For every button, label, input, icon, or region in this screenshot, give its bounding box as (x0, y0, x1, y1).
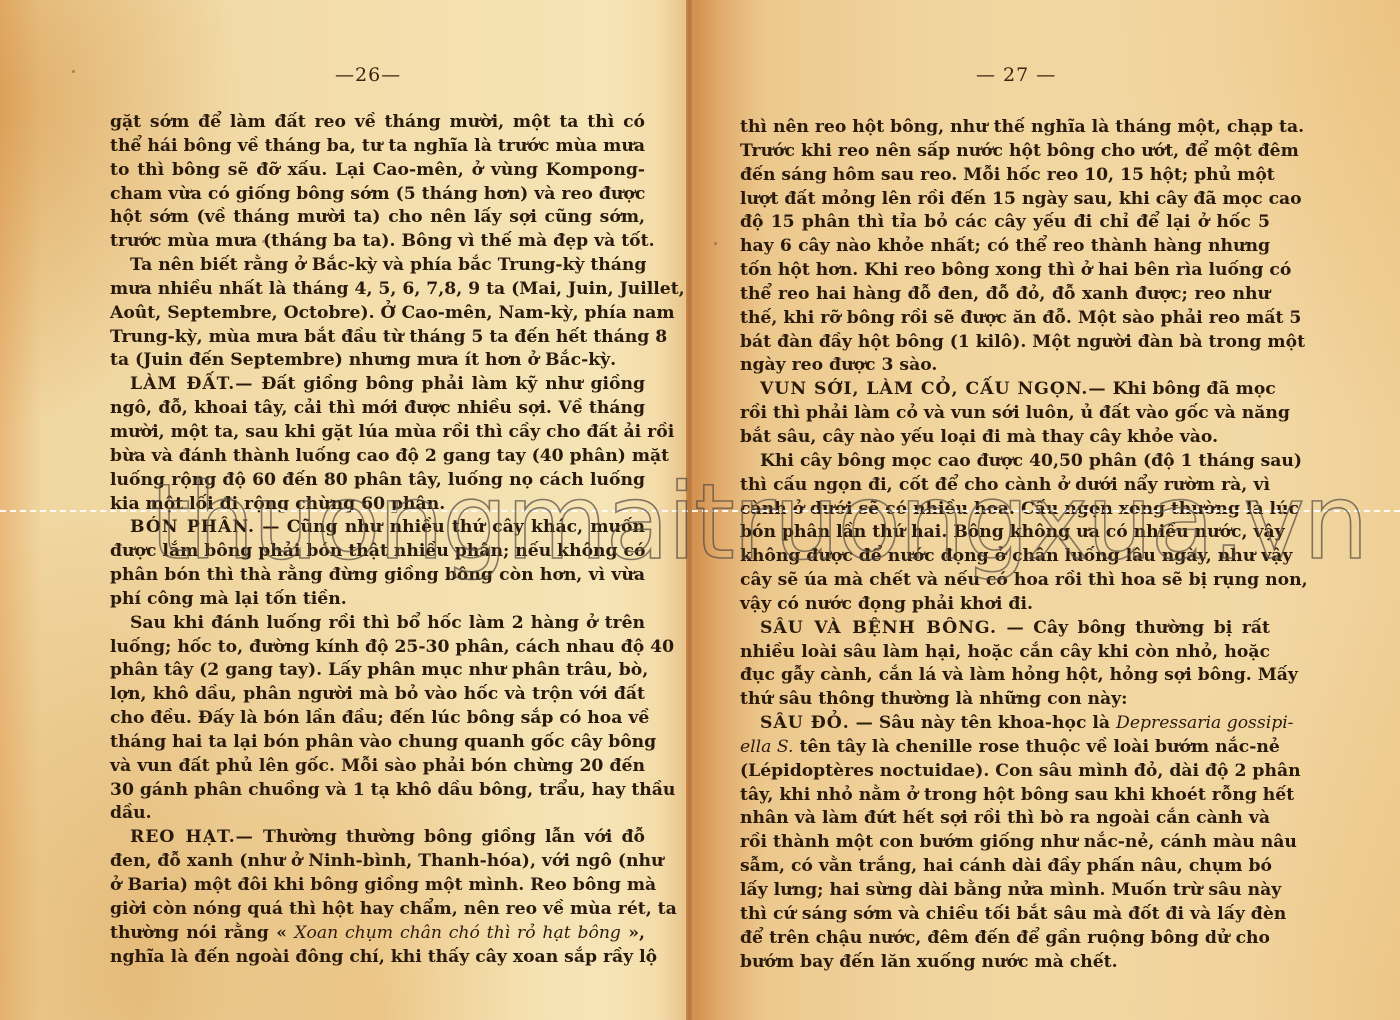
text-line: độ 15 phân thì tỉa bỏ các cây yếu đi chỉ… (740, 211, 1270, 235)
text-line: ngày reo được 3 sào. (740, 354, 1270, 378)
text-segment: thể reo hai hàng đỗ đen, đỗ đỏ, đỗ xanh … (740, 284, 1270, 304)
text-line: đen, đỗ xanh (như ở Ninh-bình, Thanh-hóa… (110, 850, 645, 874)
text-line: phí công mà lại tốn tiền. (110, 588, 645, 612)
page-number: — 27 — (976, 64, 1056, 86)
text-line: lấy lưng; hai sừng dài bằng nửa mình. Mu… (740, 879, 1270, 903)
text-segment: ngày reo được 3 sào. (740, 355, 937, 375)
text-segment: thì cấu ngọn đi, cốt để cho cành ở dưới … (740, 475, 1270, 495)
left-page: —26— gặt sớm để làm đất reo về tháng mườ… (0, 0, 686, 1020)
text-segment: tốn hột hơn. Khi reo bông xong thì ở hai… (740, 260, 1291, 280)
text-line: giời còn nóng quá thì hột hay chẩm, nên … (110, 898, 645, 922)
paper-speck (262, 240, 265, 243)
text-line: trước mùa mưa (tháng ba ta). Bông vì thế… (110, 230, 645, 254)
text-line: phân tây (2 gang tay). Lấy phân mục như … (110, 659, 645, 683)
text-segment: ngô, đỗ, khoai tây, cải thì mới được nhi… (110, 398, 645, 418)
text-segment: bón phân lần thứ hai. Bông không ưa có n… (740, 522, 1285, 542)
text-line: to thì bông sẽ đỡ xấu. Lại Cao-mên, ở vù… (110, 159, 645, 183)
text-line: hay 6 cây nào khỏe nhất; có thể reo thàn… (740, 235, 1270, 259)
text-line: không được để nước đọng ở chân luống lâu… (740, 545, 1270, 569)
text-line: đục gẫy cành, cắn lá và làm hỏng hột, hỏ… (740, 664, 1270, 688)
text-segment: lấy lưng; hai sừng dài bằng nửa mình. Mu… (740, 880, 1281, 900)
text-segment: dầu. (110, 803, 152, 823)
text-segment: tây, khi nhỏ nằm ở trong hột bông sau kh… (740, 785, 1294, 805)
text-segment: không được để nước đọng ở chân luống lâu… (740, 546, 1292, 566)
text-segment: luống; hốc to, đường kính độ 25-30 phân,… (110, 637, 674, 657)
text-line: phân bón thì thà rằng đừng giồng bông cò… (110, 564, 645, 588)
text-line: được lắm bông phải bón thật nhiều phân; … (110, 540, 645, 564)
text-line: bón phân lần thứ hai. Bông không ưa có n… (740, 521, 1270, 545)
text-line: thường nói rằng « Xoan chụm chân chó thì… (110, 922, 645, 946)
section-heading: SÂU ĐỎ. (760, 713, 850, 733)
text-line: lợn, khô dầu, phân người mà bỏ vào hốc v… (110, 683, 645, 707)
text-line: luống rộng độ 60 đến 80 phân tây, luống … (110, 469, 645, 493)
text-segment: thì cứ sáng sớm và chiều tối bắt sâu mà … (740, 904, 1286, 924)
text-segment: lượt đất mỏng lên rồi đến 15 ngày sau, k… (740, 189, 1302, 209)
text-segment: kia một lối đi rộng chừng 60 phân. (110, 494, 445, 514)
text-line: lượt đất mỏng lên rồi đến 15 ngày sau, k… (740, 188, 1270, 212)
text-line: ella S. tên tây là chenille rose thuộc v… (740, 736, 1270, 760)
text-segment: rồi thì phải làm cỏ và vun sới luôn, ủ đ… (740, 403, 1290, 423)
text-line: thì cấu ngọn đi, cốt để cho cành ở dưới … (740, 474, 1270, 498)
right-page: — 27 — thì nên reo hột bông, như thế ngh… (694, 0, 1400, 1020)
text-segment: phân bón thì thà rằng đừng giồng bông cò… (110, 565, 645, 585)
text-line: Sau khi đánh luống rồi thì bổ hốc làm 2 … (110, 612, 645, 636)
text-segment: cham vừa có giống bông sớm (5 tháng hơn)… (110, 184, 645, 204)
text-segment: luống rộng độ 60 đến 80 phân tây, luống … (110, 470, 645, 490)
text-line: để trên chậu nước, đêm đến để gần ruộng … (740, 927, 1270, 951)
section-heading: SÂU VÀ BỆNH BÔNG. (760, 618, 997, 638)
text-segment: ta (Juin đến Septembre) nhưng mưa ít hơn… (110, 350, 616, 370)
text-line: VUN SỚI, LÀM CỎ, CẤU NGỌN.— Khi bông đã … (740, 378, 1270, 402)
section-heading: REO HẠT.— (130, 827, 254, 847)
text-line: vậy có nước đọng phải khơi đi. (740, 593, 1270, 617)
text-segment: trước mùa mưa (tháng ba ta). Bông vì thế… (110, 231, 655, 251)
text-segment: 30 gánh phân chuồng và 1 tạ khô dầu bông… (110, 780, 675, 800)
italic-text: Depressaria gossipi- (1116, 713, 1293, 733)
text-line: ta (Juin đến Septembre) nhưng mưa ít hơn… (110, 349, 645, 373)
text-line: đến sáng hôm sau reo. Mỗi hốc reo 10, 15… (740, 164, 1270, 188)
text-line: SÂU ĐỎ. — Sâu này tên khoa-học là Depres… (740, 712, 1270, 736)
text-segment: Ta nên biết rằng ở Bắc-kỳ và phía bắc Tr… (130, 255, 646, 275)
text-segment: vậy có nước đọng phải khơi đi. (740, 594, 1033, 614)
text-segment: đục gẫy cành, cắn lá và làm hỏng hột, hỏ… (740, 665, 1298, 685)
text-segment: thứ sâu thông thường là những con này: (740, 689, 1128, 709)
text-line: luống; hốc to, đường kính độ 25-30 phân,… (110, 636, 645, 660)
text-line: thứ sâu thông thường là những con này: (740, 688, 1270, 712)
text-segment: đến sáng hôm sau reo. Mỗi hốc reo 10, 15… (740, 165, 1275, 185)
text-line: tây, khi nhỏ nằm ở trong hột bông sau kh… (740, 784, 1270, 808)
text-segment: cây sẽ úa mà chết và nếu có hoa rồi thì … (740, 570, 1308, 590)
text-line: mưa nhiều nhất là tháng 4, 5, 6, 7,8, 9 … (110, 278, 645, 302)
text-line: bướm bay đến lăn xuống nước mà chết. (740, 951, 1270, 975)
text-segment: thể hái bông về tháng ba, tư ta nghĩa là… (110, 136, 645, 156)
text-segment: — Cây bông thường bị rất (997, 618, 1270, 638)
text-segment: bắt sâu, cây nào yếu loại đi mà thay cây… (740, 427, 1218, 447)
text-segment: ở Baria) một đôi khi bông giồng một mình… (110, 875, 656, 895)
text-segment: tháng hai ta lại bón phân vào chung quan… (110, 732, 656, 752)
italic-text: ella S. (740, 737, 794, 757)
text-segment: nhiều loài sâu làm hại, hoặc cắn cây khi… (740, 642, 1270, 662)
text-line: mười, một ta, sau khi gặt lúa mùa rồi th… (110, 421, 645, 445)
text-line: Août, Septembre, Octobre). Ở Cao-mên, Na… (110, 302, 645, 326)
italic-text: Xoan chụm chân chó thì rỏ hạt bông (294, 923, 621, 943)
right-page-text: thì nên reo hột bông, như thế nghĩa là t… (740, 116, 1270, 974)
text-line: Trung-kỳ, mùa mưa bắt đầu từ tháng 5 ta … (110, 326, 645, 350)
book-spread: —26— gặt sớm để làm đất reo về tháng mườ… (0, 0, 1400, 1020)
text-line: thể reo hai hàng đỗ đen, đỗ đỏ, đỗ xanh … (740, 283, 1270, 307)
text-segment: để trên chậu nước, đêm đến để gần ruộng … (740, 928, 1270, 948)
text-line: cành ở dưới sẽ có nhiều hoa. Cấu ngọn xo… (740, 498, 1270, 522)
text-segment: Trước khi reo nên sấp nước hột bông cho … (740, 141, 1299, 161)
text-line: tốn hột hơn. Khi reo bông xong thì ở hai… (740, 259, 1270, 283)
text-line: SÂU VÀ BỆNH BÔNG. — Cây bông thường bị r… (740, 617, 1270, 641)
text-segment: — Sâu này tên khoa-học là (850, 713, 1116, 733)
text-segment: Trung-kỳ, mùa mưa bắt đầu từ tháng 5 ta … (110, 327, 667, 347)
text-line: hột sớm (về tháng mười ta) cho nên lấy s… (110, 206, 645, 230)
text-segment: lợn, khô dầu, phân người mà bỏ vào hốc v… (110, 684, 645, 704)
text-line: và vun đất phủ lên gốc. Mỗi sào phải bón… (110, 755, 645, 779)
text-line: (Lépidoptères noctuidae). Con sâu mình đ… (740, 760, 1270, 784)
text-segment: Khi cây bông mọc cao được 40,50 phân (độ… (760, 451, 1302, 471)
text-segment: Khi bông đã mọc (1107, 379, 1276, 399)
text-segment: nhân và làm đứt hết sợi rồi thì bò ra ng… (740, 808, 1270, 828)
text-segment: Thường thường bông giồng lẫn với đỗ (254, 827, 645, 847)
text-segment: hay 6 cây nào khỏe nhất; có thể reo thàn… (740, 236, 1270, 256)
text-segment: to thì bông sẽ đỡ xấu. Lại Cao-mên, ở vù… (110, 160, 645, 180)
text-segment: nghĩa là đến ngoài đông chí, khi thấy câ… (110, 947, 657, 967)
section-heading: VUN SỚI, LÀM CỎ, CẤU NGỌN.— (760, 379, 1107, 399)
text-line: bát đàn đầy hột bông (1 kilô). Một người… (740, 331, 1270, 355)
text-line: nhiều loài sâu làm hại, hoặc cắn cây khi… (740, 641, 1270, 665)
text-segment: — Cũng như nhiều thứ cây khác, muốn (255, 517, 645, 537)
text-segment: được lắm bông phải bón thật nhiều phân; … (110, 541, 645, 561)
text-line: cây sẽ úa mà chết và nếu có hoa rồi thì … (740, 569, 1270, 593)
text-line: LÀM ĐẤT.— Đất giồng bông phải làm kỹ như… (110, 373, 645, 397)
paper-speck (72, 70, 75, 73)
text-line: bắt sâu, cây nào yếu loại đi mà thay cây… (740, 426, 1270, 450)
text-line: thì cứ sáng sớm và chiều tối bắt sâu mà … (740, 903, 1270, 927)
text-line: tháng hai ta lại bón phân vào chung quan… (110, 731, 645, 755)
text-line: thể hái bông về tháng ba, tư ta nghĩa là… (110, 135, 645, 159)
text-line: ở Baria) một đôi khi bông giồng một mình… (110, 874, 645, 898)
text-segment: Août, Septembre, Octobre). Ở Cao-mên, Na… (110, 303, 675, 323)
text-line: REO HẠT.— Thường thường bông giồng lẫn v… (110, 826, 645, 850)
text-line: gặt sớm để làm đất reo về tháng mười, mộ… (110, 111, 645, 135)
text-segment: rồi thành một con bướm giống như nắc-nẻ,… (740, 832, 1297, 852)
text-segment: mưa nhiều nhất là tháng 4, 5, 6, 7,8, 9 … (110, 279, 685, 299)
text-segment: và vun đất phủ lên gốc. Mỗi sào phải bón… (110, 756, 645, 776)
text-segment: (Lépidoptères noctuidae). Con sâu mình đ… (740, 761, 1301, 781)
text-segment: giời còn nóng quá thì hột hay chẩm, nên … (110, 899, 677, 919)
text-segment: gặt sớm để làm đất reo về tháng mười, mộ… (110, 112, 645, 132)
text-segment: đen, đỗ xanh (như ở Ninh-bình, Thanh-hóa… (110, 851, 663, 871)
text-line: rồi thành một con bướm giống như nắc-nẻ,… (740, 831, 1270, 855)
book-gutter (686, 0, 694, 1020)
text-segment: cành ở dưới sẽ có nhiều hoa. Cấu ngọn xo… (740, 499, 1299, 519)
text-line: Khi cây bông mọc cao được 40,50 phân (độ… (740, 450, 1270, 474)
text-line: bừa và đánh thành luống cao độ 2 gang ta… (110, 445, 645, 469)
text-segment: thế, khi rỡ bông rồi sẽ được ăn đỗ. Một … (740, 308, 1301, 328)
text-line: nhân và làm đứt hết sợi rồi thì bò ra ng… (740, 807, 1270, 831)
text-line: BÓN PHÂN. — Cũng như nhiều thứ cây khác,… (110, 516, 645, 540)
text-line: rồi thì phải làm cỏ và vun sới luôn, ủ đ… (740, 402, 1270, 426)
text-segment: », (621, 923, 645, 943)
text-segment: tên tây là chenille rose thuộc về loài b… (794, 737, 1280, 757)
text-line: thế, khi rỡ bông rồi sẽ được ăn đỗ. Một … (740, 307, 1270, 331)
text-segment: sẫm, có vằn trắng, hai cánh dài đầy phấn… (740, 856, 1272, 876)
paper-speck (714, 242, 717, 245)
text-segment: Đất giồng bông phải làm kỹ như giồng (253, 374, 645, 394)
page-number: —26— (335, 64, 401, 86)
section-heading: LÀM ĐẤT.— (130, 374, 253, 394)
text-line: cham vừa có giống bông sớm (5 tháng hơn)… (110, 183, 645, 207)
text-segment: phân tây (2 gang tay). Lấy phân mục như … (110, 660, 648, 680)
text-segment: cho đều. Đấy là bón lần đầu; đến lúc bôn… (110, 708, 649, 728)
text-line: kia một lối đi rộng chừng 60 phân. (110, 493, 645, 517)
text-line: 30 gánh phân chuồng và 1 tạ khô dầu bông… (110, 779, 645, 803)
text-segment: thường nói rằng « (110, 923, 294, 943)
section-heading: BÓN PHÂN. (130, 517, 255, 537)
text-line: thì nên reo hột bông, như thế nghĩa là t… (740, 116, 1270, 140)
text-line: dầu. (110, 802, 645, 826)
text-line: Trước khi reo nên sấp nước hột bông cho … (740, 140, 1270, 164)
text-segment: độ 15 phân thì tỉa bỏ các cây yếu đi chỉ… (740, 212, 1270, 232)
text-line: cho đều. Đấy là bón lần đầu; đến lúc bôn… (110, 707, 645, 731)
text-segment: bướm bay đến lăn xuống nước mà chết. (740, 952, 1118, 972)
text-segment: bát đàn đầy hột bông (1 kilô). Một người… (740, 332, 1305, 352)
left-page-text: gặt sớm để làm đất reo về tháng mười, mộ… (110, 111, 645, 969)
text-line: nghĩa là đến ngoài đông chí, khi thấy câ… (110, 946, 645, 970)
text-segment: Sau khi đánh luống rồi thì bổ hốc làm 2 … (130, 613, 645, 633)
text-segment: bừa và đánh thành luống cao độ 2 gang ta… (110, 446, 669, 466)
text-segment: mười, một ta, sau khi gặt lúa mùa rồi th… (110, 422, 674, 442)
text-segment: hột sớm (về tháng mười ta) cho nên lấy s… (110, 207, 645, 227)
text-line: ngô, đỗ, khoai tây, cải thì mới được nhi… (110, 397, 645, 421)
text-line: sẫm, có vằn trắng, hai cánh dài đầy phấn… (740, 855, 1270, 879)
text-segment: thì nên reo hột bông, như thế nghĩa là t… (740, 117, 1304, 137)
text-line: Ta nên biết rằng ở Bắc-kỳ và phía bắc Tr… (110, 254, 645, 278)
text-segment: phí công mà lại tốn tiền. (110, 589, 347, 609)
